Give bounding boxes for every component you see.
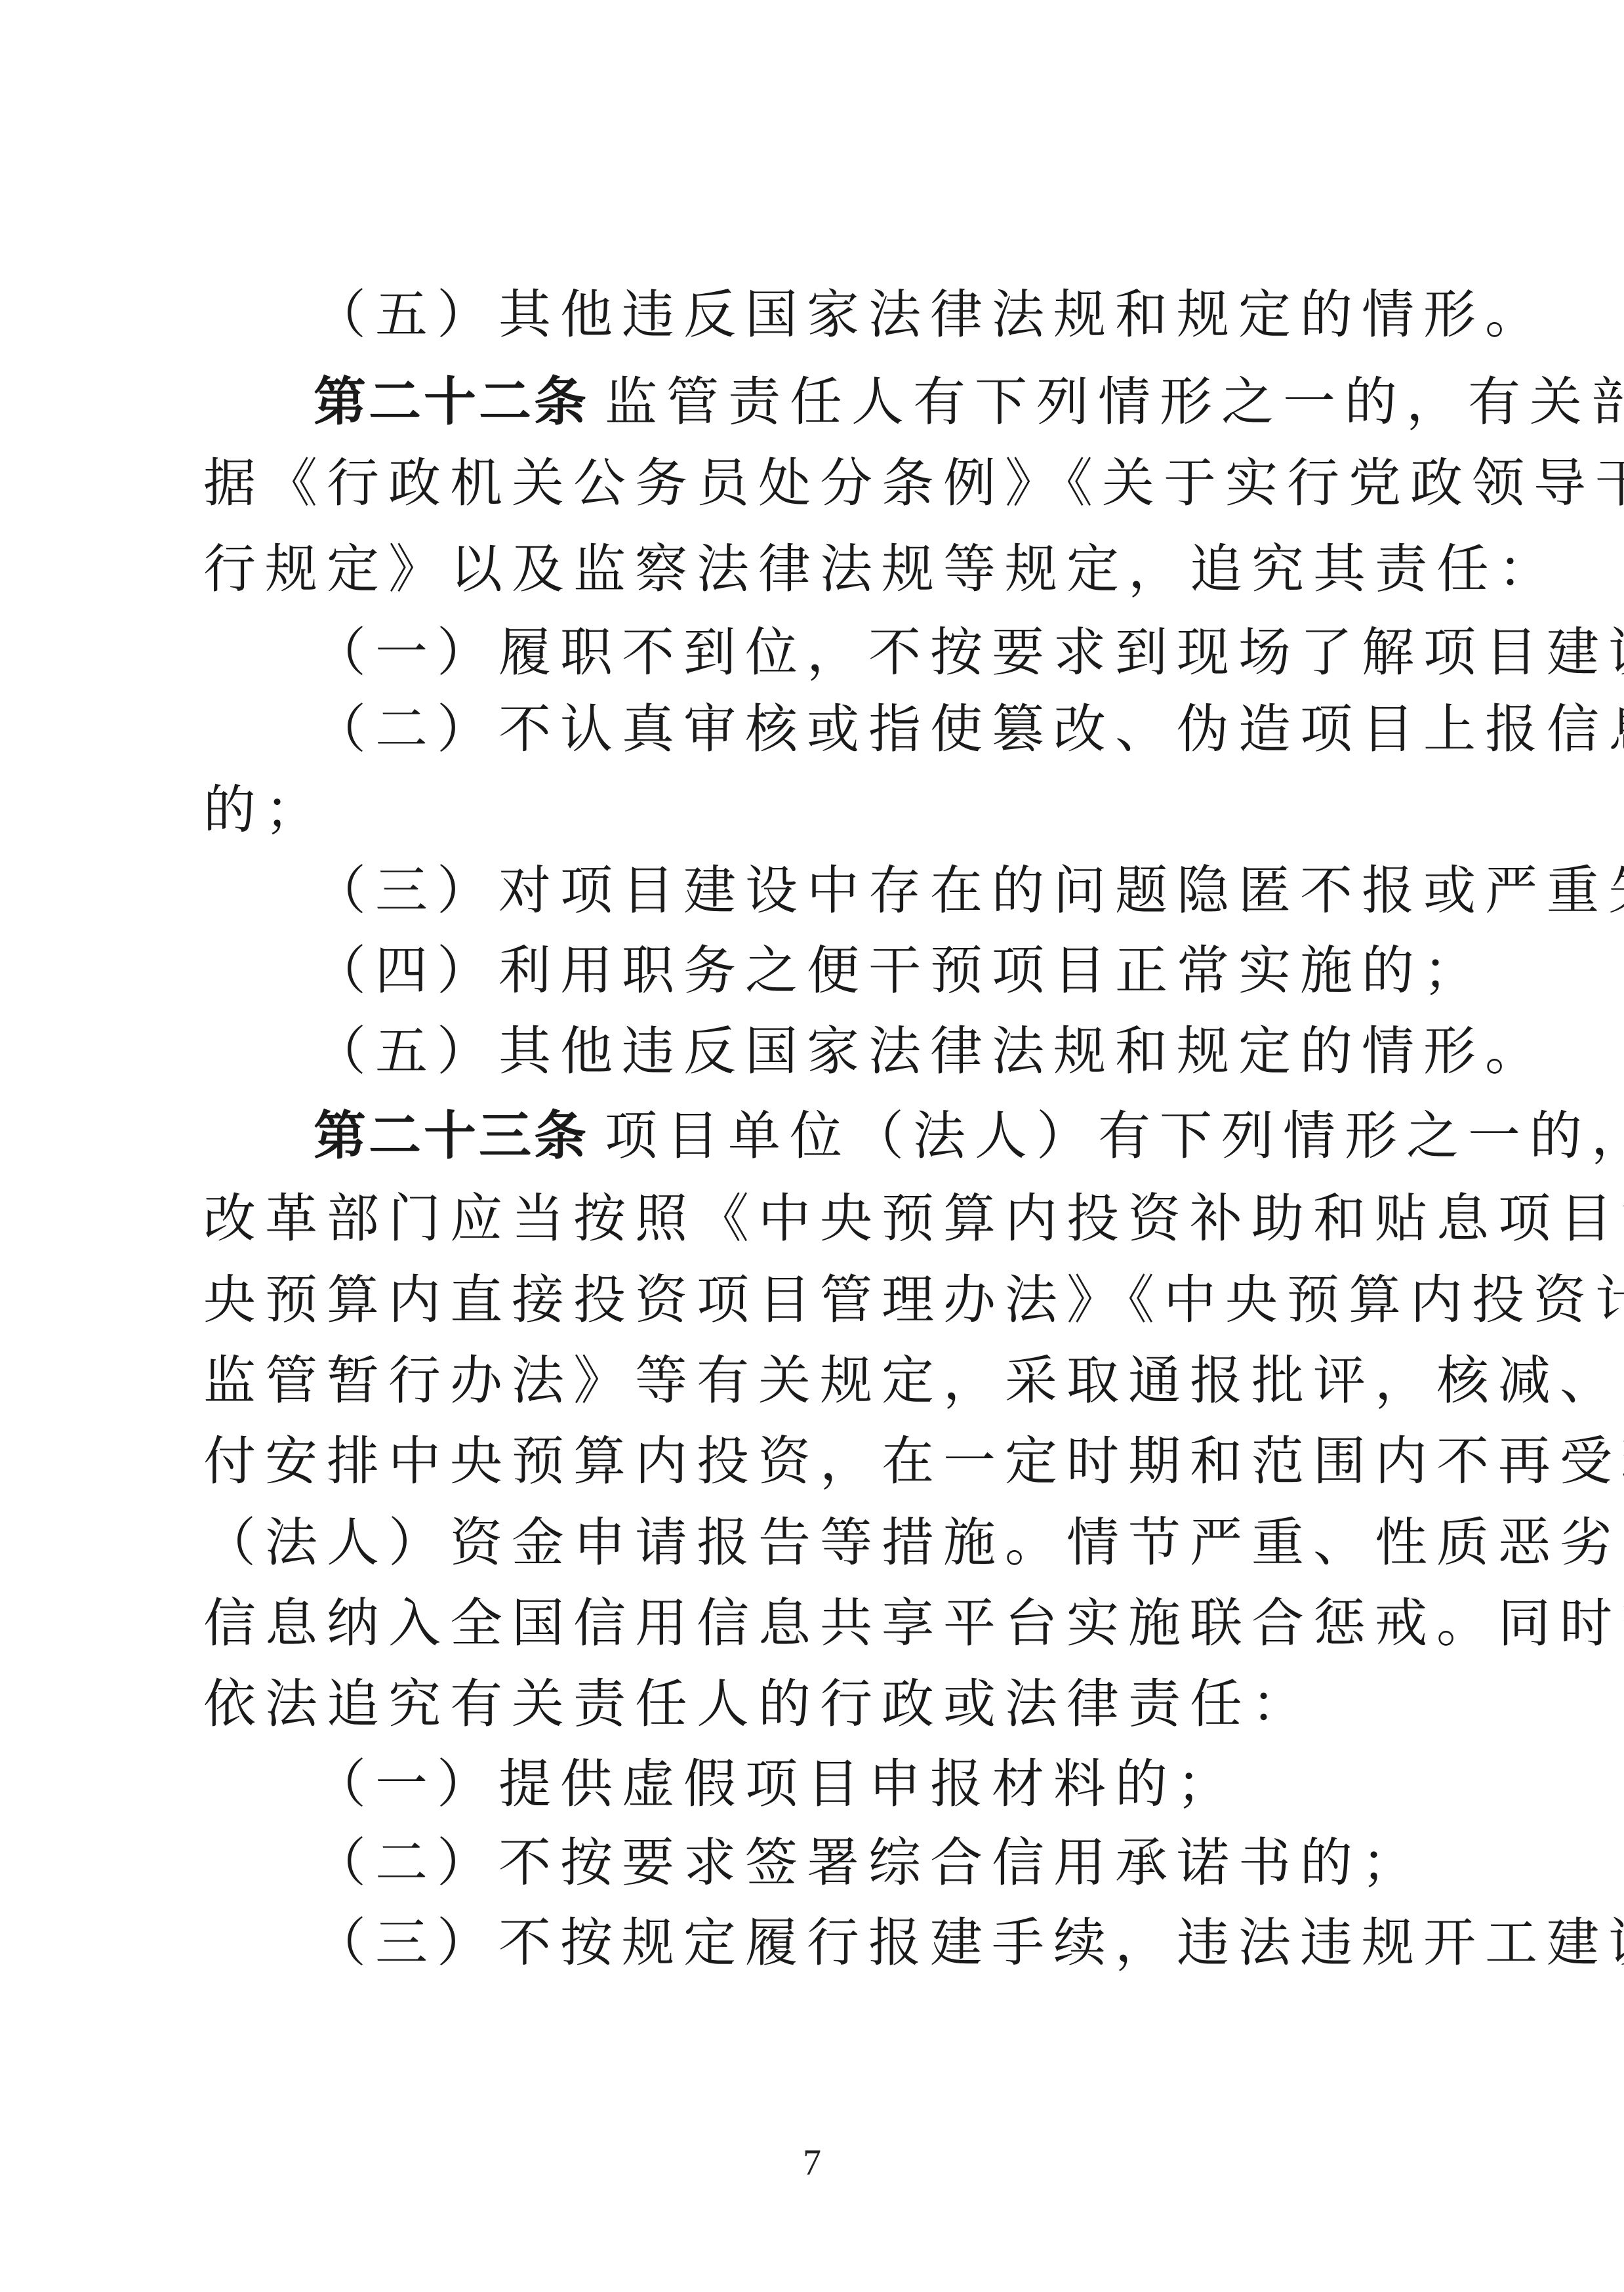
paragraph-line: 的； [203, 777, 1404, 843]
line-text: 行规定》以及监察法律法规等规定，追究其责任： [203, 539, 1560, 600]
paragraph-line: 依法追究有关责任人的行政或法律责任： [203, 1671, 1404, 1737]
clause-item-1: （一）履职不到位，不按要求到现场了解项目建设情况的； [314, 620, 1404, 686]
line-text: （三）不按规定履行报建手续，违法违规开工建设的； [314, 1912, 1624, 1973]
line-text: 改革部门应当按照《中央预算内投资补助和贴息项目管理办法》《中 [203, 1188, 1624, 1249]
line-text: 央预算内直接投资项目管理办法》《中央预算内投资计划实施综合 [203, 1269, 1624, 1330]
article-23-first-line: 第二十三条项目单位（法人）有下列情形之一的，各级发展 [314, 1103, 1404, 1169]
paragraph-line: 据《行政机关公务员处分条例》《关于实行党政领导干部问责的暂 [203, 451, 1404, 516]
line-text: （一）提供虚假项目申报材料的； [314, 1753, 1238, 1814]
line-text: （五）其他违反国家法律法规和规定的情形。 [314, 284, 1547, 345]
clause-item-3: （三）对项目建设中存在的问题隐匿不报或严重失职的； [314, 858, 1404, 924]
line-text: （一）履职不到位，不按要求到现场了解项目建设情况的； [314, 622, 1624, 683]
clause-item-4: （四）利用职务之便干预项目正常实施的； [314, 938, 1404, 1004]
line-text: 依法追究有关责任人的行政或法律责任： [203, 1673, 1313, 1734]
clause-item-2: （二）不按要求签署综合信用承诺书的； [314, 1830, 1404, 1896]
line-text: （二）不认真审核或指使篡改、伪造项目上报信息和进度数据 [314, 699, 1624, 760]
article-22-first-line: 第二十二条监管责任人有下列情形之一的，有关部门应当依 [314, 369, 1404, 435]
clause-item-5: （五）其他违反国家法律法规和规定的情形。 [314, 282, 1404, 348]
line-text: 信息纳入全国信用信息共享平台实施联合惩戒。同时转请有关部门 [203, 1593, 1624, 1654]
line-text: （四）利用职务之便干预项目正常实施的； [314, 940, 1485, 1001]
paragraph-line: 央预算内直接投资项目管理办法》《中央预算内投资计划实施综合 [203, 1267, 1404, 1333]
line-text: （三）对项目建设中存在的问题隐匿不报或严重失职的； [314, 860, 1624, 921]
line-text: 监管责任人有下列情形之一的，有关部门应当依 [605, 371, 1624, 432]
clause-item-5: （五）其他违反国家法律法规和规定的情形。 [314, 1019, 1404, 1084]
line-text: （二）不按要求签署综合信用承诺书的； [314, 1832, 1423, 1893]
line-text: 的； [203, 779, 327, 840]
paragraph-line: 改革部门应当按照《中央预算内投资补助和贴息项目管理办法》《中 [203, 1186, 1404, 1252]
article-heading: 第二十三条 [314, 1105, 589, 1166]
paragraph-line: 信息纳入全国信用信息共享平台实施联合惩戒。同时转请有关部门 [203, 1591, 1404, 1656]
clause-item-2: （二）不认真审核或指使篡改、伪造项目上报信息和进度数据 [314, 697, 1404, 762]
clause-item-3: （三）不按规定履行报建手续，违法违规开工建设的； [314, 1910, 1404, 1976]
line-text: （法人）资金申请报告等措施。情节严重、性质恶劣的，可将相关 [203, 1512, 1624, 1573]
line-text: 项目单位（法人）有下列情形之一的，各级发展 [605, 1105, 1624, 1166]
paragraph-line: 付安排中央预算内投资，在一定时期和范围内不再受理该项目单位 [203, 1429, 1404, 1494]
line-text: 付安排中央预算内投资，在一定时期和范围内不再受理该项目单位 [203, 1431, 1624, 1492]
article-heading: 第二十二条 [314, 371, 589, 432]
paragraph-line: 行规定》以及监察法律法规等规定，追究其责任： [203, 537, 1404, 602]
paragraph-line: （法人）资金申请报告等措施。情节严重、性质恶劣的，可将相关 [203, 1510, 1404, 1576]
line-text: （五）其他违反国家法律法规和规定的情形。 [314, 1021, 1547, 1082]
page-number: 7 [0, 2140, 1624, 2186]
line-text: 监管暂行办法》等有关规定，采取通报批评，核减、收回、停止拨 [203, 1350, 1624, 1411]
clause-item-1: （一）提供虚假项目申报材料的； [314, 1751, 1404, 1817]
paragraph-line: 监管暂行办法》等有关规定，采取通报批评，核减、收回、停止拨 [203, 1348, 1404, 1414]
line-text: 据《行政机关公务员处分条例》《关于实行党政领导干部问责的暂 [203, 453, 1624, 514]
document-page: （五）其他违反国家法律法规和规定的情形。 第二十二条监管责任人有下列情形之一的，… [0, 0, 1624, 2292]
